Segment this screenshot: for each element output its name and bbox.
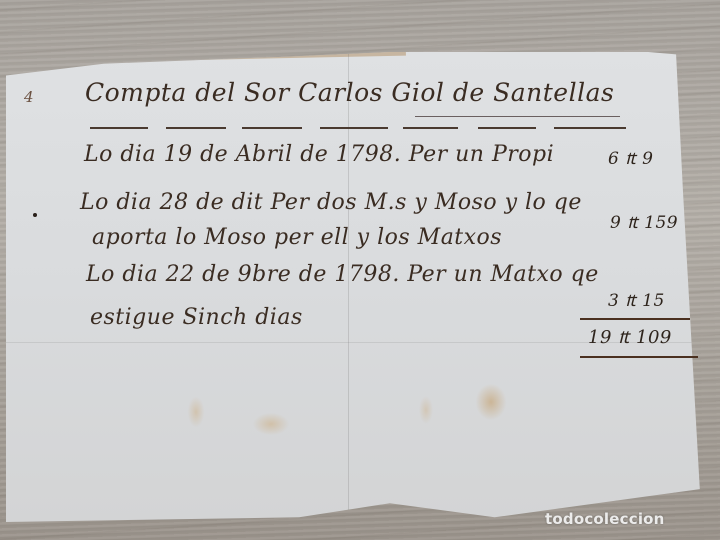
rule-segment	[554, 127, 626, 129]
rule-segment	[403, 127, 458, 129]
sum-rule-top	[580, 318, 690, 320]
entry-3-line-1: Lo dia 22 de 9bre de 1798. Per un Matxo …	[86, 262, 599, 287]
entry-2-amount: 9 ₶ 159	[610, 210, 678, 233]
ink-dot	[33, 213, 37, 217]
margin-number: 4	[24, 88, 34, 106]
sum-rule-bottom	[580, 356, 698, 358]
rule-segment	[242, 127, 302, 129]
entry-3-line-2: estigue Sinch dias	[90, 305, 303, 330]
entry-1-line-1: Lo dia 19 de Abril de 1798. Per un Propi	[84, 142, 554, 167]
document-sheet	[6, 52, 704, 522]
total-amount: 19 ₶ 109	[588, 325, 672, 349]
entry-3-amount: 3 ₶ 15	[608, 288, 665, 311]
rule-segment	[90, 127, 148, 129]
document-title: Compta del Sor Carlos Giol de Santellas	[85, 78, 614, 107]
rule-segment	[320, 127, 388, 129]
vertical-fold-crease	[348, 52, 349, 522]
rule-segment	[478, 127, 536, 129]
watermark: todocoleccion	[545, 510, 665, 528]
rule-segment	[166, 127, 226, 129]
entry-2-line-1: Lo dia 28 de dit Per dos M.s y Moso y lo…	[80, 190, 582, 215]
title-underline	[415, 116, 620, 117]
entry-2-line-2: aporta lo Moso per ell y los Matxos	[92, 225, 502, 250]
entry-1-amount: 6 ₶ 9	[608, 146, 654, 169]
